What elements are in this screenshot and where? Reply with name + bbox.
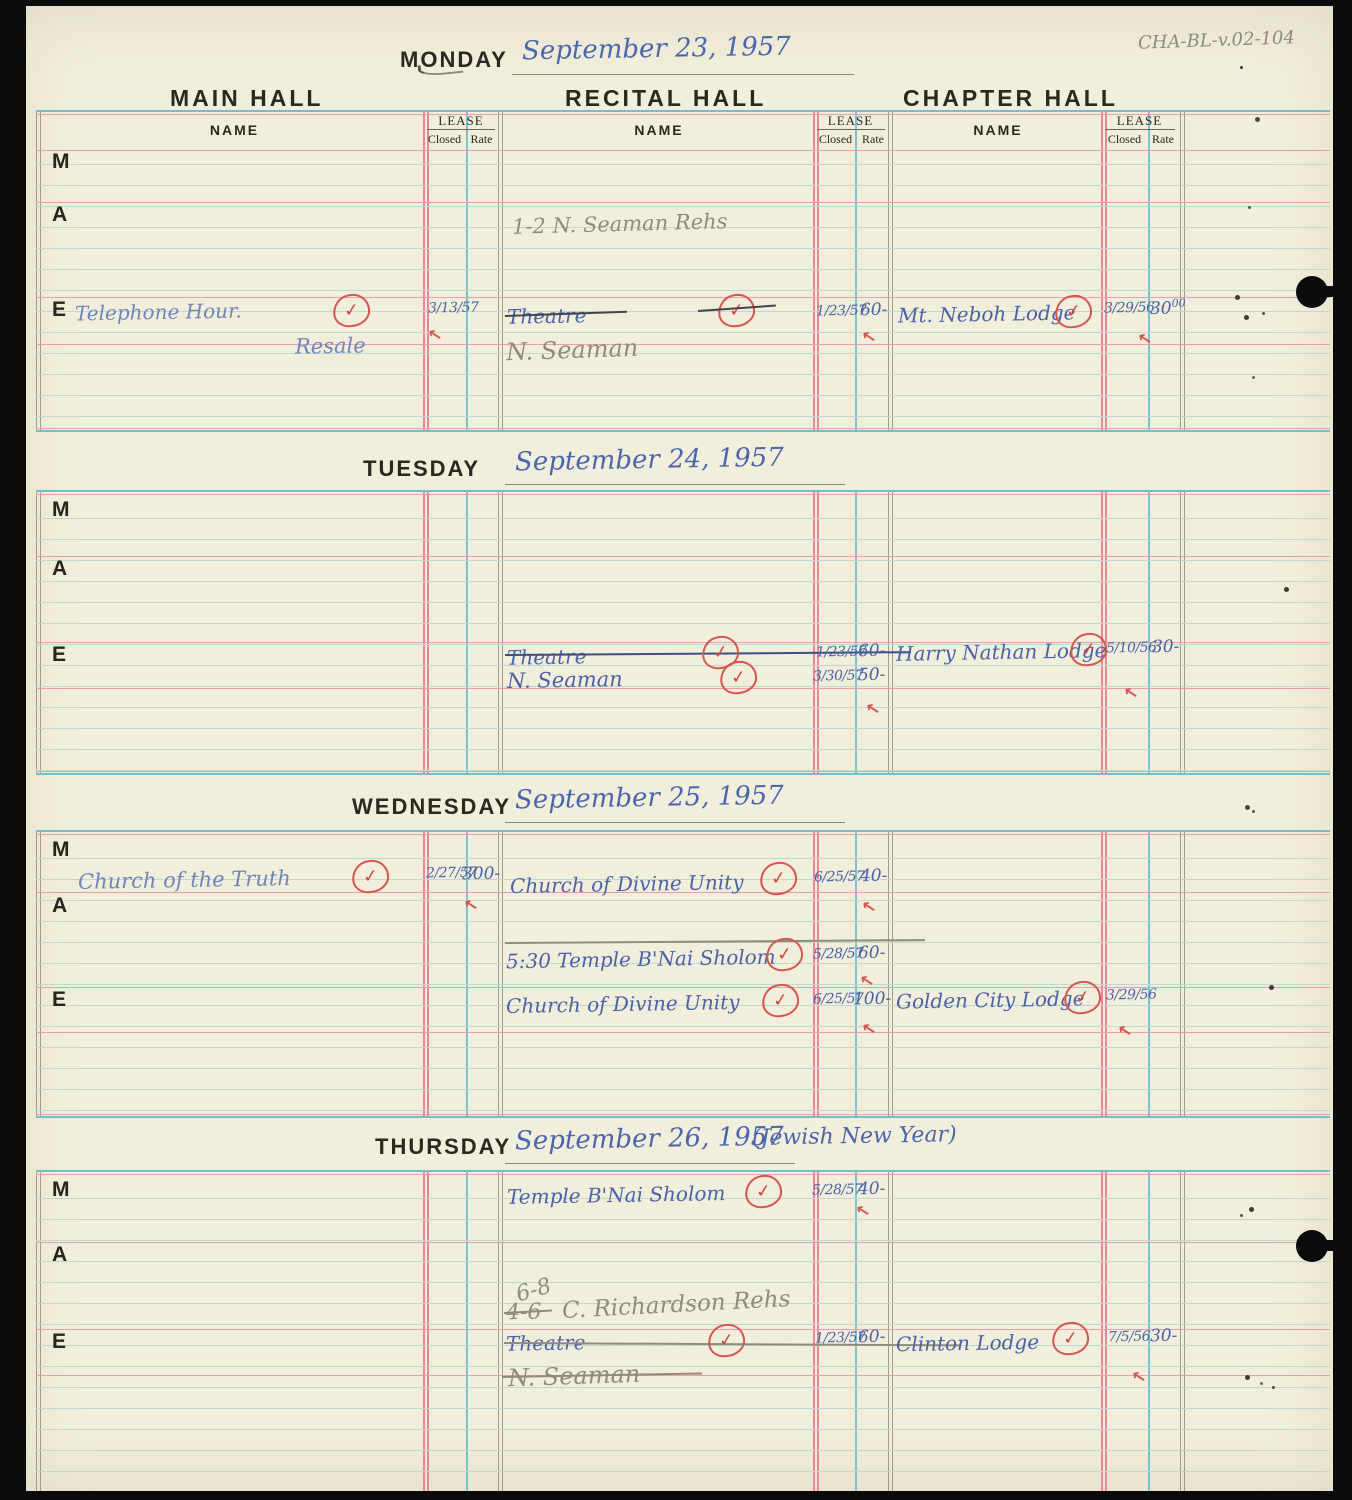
scan-edge — [0, 0, 26, 1500]
lease-header: LEASE — [1101, 113, 1178, 129]
ruled-line — [36, 494, 1330, 495]
ledger-paper: MONDAY September 23, 1957 CHA-BL-v.02-10… — [0, 0, 1352, 1500]
entry-closed-date: 6/25/57 — [814, 869, 865, 886]
lease-underline — [817, 129, 885, 130]
ruled-line — [36, 556, 1330, 557]
entry-closed-date: 3/13/57 — [428, 300, 479, 317]
entry-closed-date: 5/28/57 — [813, 946, 864, 963]
check-glyph: ✓ — [1065, 300, 1082, 322]
check-glyph: ✓ — [1074, 986, 1091, 1008]
check-glyph: ✓ — [755, 1180, 772, 1202]
row-label-evening: E — [52, 643, 66, 667]
ruled-line — [36, 150, 1330, 151]
entry-name: Clinton Lodge — [896, 1330, 1039, 1356]
date-underline — [505, 1163, 795, 1164]
entry-rate: 40- — [860, 866, 888, 886]
ruled-line — [36, 771, 1330, 772]
day-date-thursday: September 26, 1957 — [515, 1122, 784, 1157]
entry-rate: 300- — [462, 864, 501, 885]
rate-header: Rate — [858, 132, 888, 147]
ruled-line — [36, 1174, 1330, 1175]
entry-rate: 60- — [858, 943, 886, 963]
column-header-name: NAME — [505, 122, 813, 138]
closed-header: Closed — [423, 132, 466, 147]
entry-rate: 50- — [858, 665, 886, 685]
tuesday-table — [36, 490, 1330, 775]
rate-dollars: 30 — [1150, 299, 1172, 319]
check-glyph: ✓ — [362, 865, 379, 887]
check-glyph: ✓ — [1062, 1327, 1079, 1349]
scanned-ledger-page: MONDAY September 23, 1957 CHA-BL-v.02-10… — [0, 0, 1352, 1500]
entry-name: Temple B'Nai Sholom — [507, 1181, 726, 1209]
column-header-name: NAME — [895, 122, 1101, 138]
ruled-line — [36, 1032, 1330, 1033]
date-underline — [512, 74, 854, 75]
entry-name: Mt. Neboh Lodge — [898, 300, 1076, 327]
row-label-afternoon: A — [52, 557, 67, 581]
check-glyph: ✓ — [770, 867, 787, 889]
day-label-wednesday: WEDNESDAY — [352, 794, 511, 820]
row-label-evening: E — [52, 1330, 66, 1354]
row-label-morning: M — [52, 150, 70, 174]
entry-rate: 30- — [1150, 1326, 1178, 1346]
closed-header: Closed — [1101, 132, 1148, 147]
day-date-tuesday: September 24, 1957 — [515, 443, 784, 478]
entry-closed-date: 7/5/56 — [1108, 1329, 1150, 1346]
entry-closed-date: 5/28/57 — [812, 1182, 863, 1199]
row-label-morning: M — [52, 838, 70, 862]
check-glyph: ✓ — [772, 989, 789, 1011]
entry-rate: 30- — [1152, 637, 1180, 657]
day-date-monday: September 23, 1957 — [522, 32, 791, 67]
hall-title-chapter: CHAPTER HALL — [903, 85, 1118, 112]
row-label-evening: E — [52, 298, 66, 322]
paper-speck — [1240, 66, 1243, 69]
row-label-afternoon: A — [52, 1243, 67, 1267]
reference-number: CHA-BL-v.02-104 — [1138, 27, 1296, 53]
row-label-morning: M — [52, 498, 70, 522]
scan-edge — [0, 1491, 1352, 1500]
closed-header: Closed — [813, 132, 858, 147]
lease-underline — [1105, 129, 1175, 130]
monday-table — [36, 110, 1330, 432]
lease-underline — [427, 129, 495, 130]
entry-rate: 60- — [858, 1327, 886, 1347]
date-underline — [505, 822, 845, 823]
entry-name: Church of Divine Unity — [506, 990, 740, 1018]
check-glyph: ✓ — [712, 641, 729, 663]
check-glyph: ✓ — [1080, 638, 1097, 660]
lease-header: LEASE — [425, 113, 497, 129]
check-glyph: ✓ — [728, 299, 745, 321]
entry-closed-date: 3/30/57 — [813, 668, 864, 685]
entry-name: Telephone Hour. — [75, 299, 242, 326]
row-label-afternoon: A — [52, 203, 67, 227]
ruled-line — [36, 344, 1330, 345]
entry-rate: 60- — [858, 641, 886, 661]
entry-name: 5:30 Temple B'Nai Sholom — [506, 945, 776, 974]
check-glyph: ✓ — [343, 299, 360, 321]
ruled-line — [36, 834, 1330, 835]
day-date-note: (Jewish New Year) — [752, 1122, 957, 1151]
entry-name: Golden City Lodge — [896, 986, 1085, 1013]
entry-name: N. Seaman — [506, 334, 639, 367]
entry-name: Theatre — [507, 644, 587, 669]
rate-header: Rate — [1148, 132, 1178, 147]
entry-rate: 3000 — [1150, 297, 1186, 319]
entry-name: Church of the Truth — [78, 866, 291, 894]
ruled-line — [36, 202, 1330, 203]
entry-closed-date: 3/29/56 — [1106, 987, 1157, 1004]
row-label-afternoon: A — [52, 894, 67, 918]
entry-rate: 100- — [853, 989, 892, 1010]
day-label-thursday: THURSDAY — [375, 1134, 511, 1160]
lease-header: LEASE — [813, 113, 888, 129]
hall-title-recital: RECITAL HALL — [565, 85, 766, 112]
rate-header: Rate — [466, 132, 497, 147]
entry-rate: 40- — [858, 1179, 886, 1199]
check-glyph: ✓ — [730, 666, 747, 688]
ruled-line — [36, 1114, 1330, 1115]
check-glyph: ✓ — [718, 1329, 735, 1351]
day-label-tuesday: TUESDAY — [363, 456, 480, 482]
ruled-line — [36, 1242, 1330, 1243]
scan-edge — [1333, 0, 1352, 1500]
entry-note: Resale — [295, 333, 366, 358]
day-date-wednesday: September 25, 1957 — [515, 781, 784, 816]
row-label-evening: E — [52, 988, 66, 1012]
entry-rate: 60- — [860, 300, 888, 320]
date-underline — [505, 484, 845, 485]
column-header-name: NAME — [46, 122, 423, 138]
row-label-morning: M — [52, 1178, 70, 1202]
entry-closed-date: 5/10/56 — [1106, 640, 1157, 657]
ruled-line — [36, 428, 1330, 429]
rate-cents: 00 — [1171, 297, 1185, 310]
entry-name: Church of Divine Unity — [510, 870, 744, 898]
entry-name: N. Seaman — [507, 667, 623, 693]
hall-title-main: MAIN HALL — [170, 85, 323, 112]
scan-edge — [0, 0, 1352, 6]
entry-closed-date: 3/29/56 — [1104, 300, 1155, 317]
check-glyph: ✓ — [776, 943, 793, 965]
